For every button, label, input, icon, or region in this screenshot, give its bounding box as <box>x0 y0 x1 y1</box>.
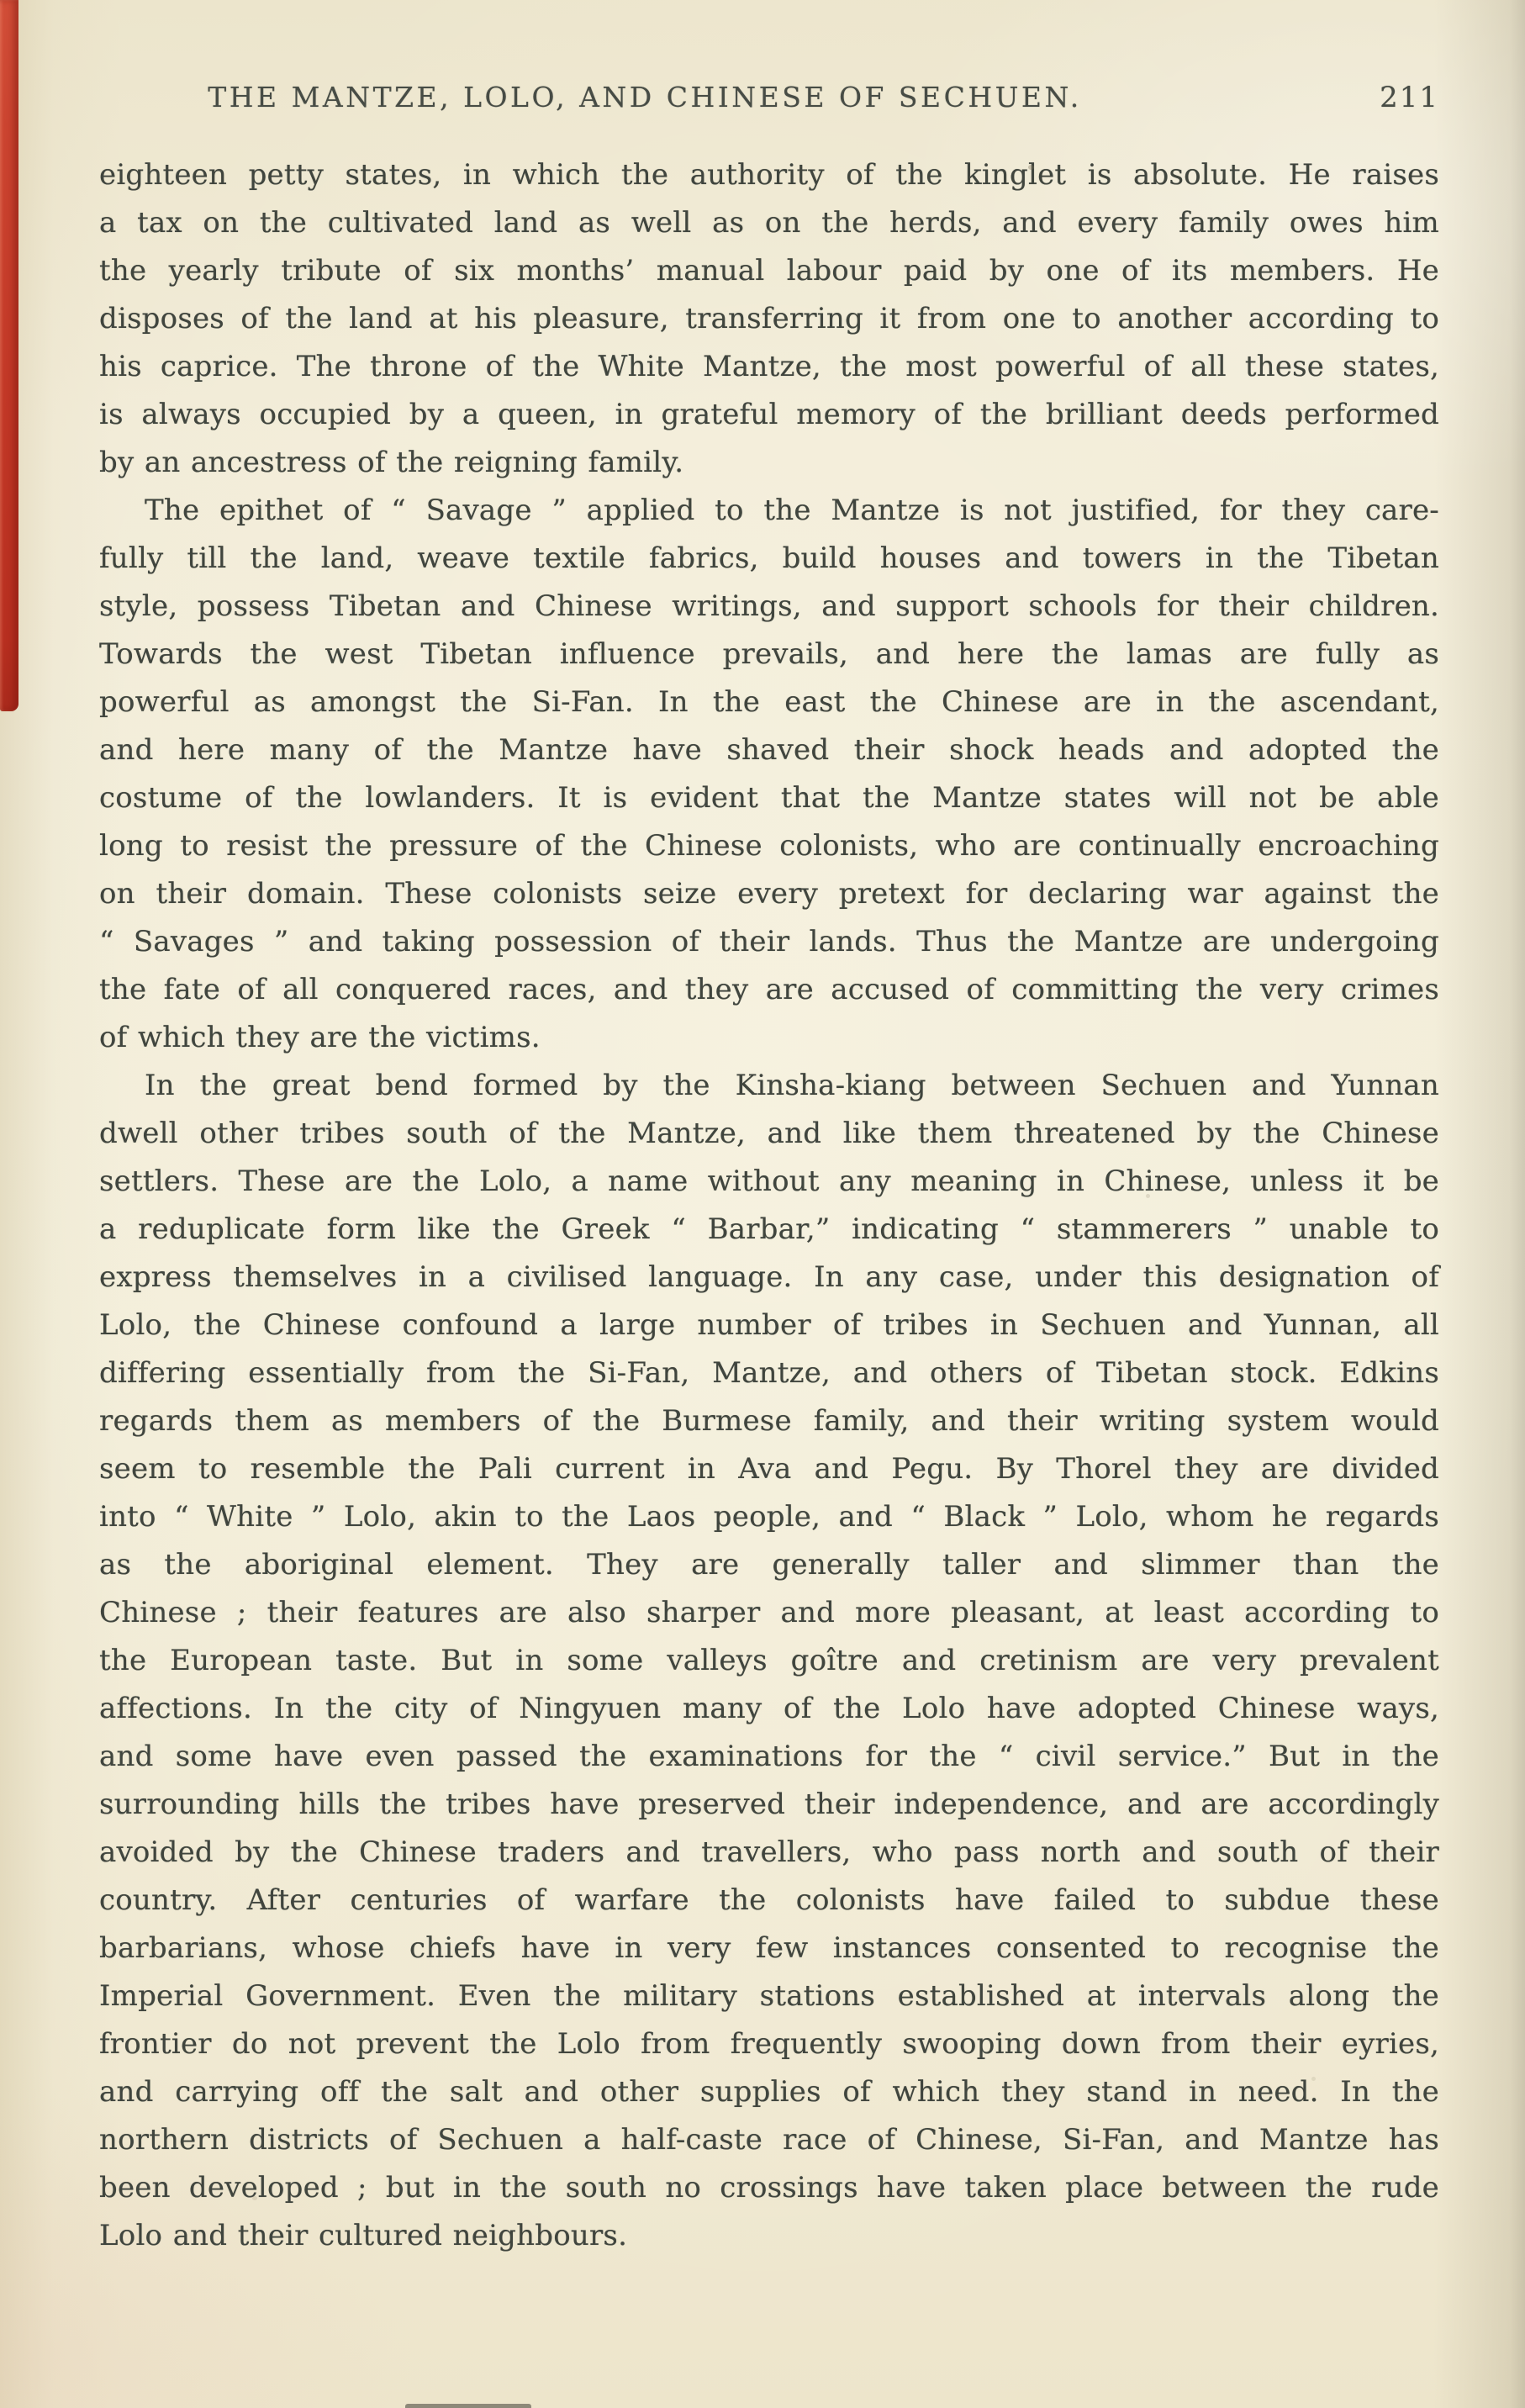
text-line: In the great bend formed by the Kinsha-k… <box>99 1062 1439 1110</box>
text-line: costume of the lowlanders. It is evident… <box>99 774 1439 822</box>
text-line: a reduplicate form like the Greek “ Barb… <box>99 1206 1439 1254</box>
text-line: express themselves in a civilised langua… <box>99 1254 1439 1302</box>
text-line: affections. In the city of Ningyuen many… <box>99 1685 1439 1733</box>
text-line: dwell other tribes south of the Mantze, … <box>99 1110 1439 1158</box>
text-line: and here many of the Mantze have shaved … <box>99 726 1439 774</box>
text-line: regards them as members of the Burmese f… <box>99 1397 1439 1445</box>
page-number: 211 <box>1380 81 1439 114</box>
paper-speck <box>1311 2077 1316 2081</box>
text-line: Lolo and their cultured neighbours. <box>99 2212 1439 2260</box>
text-line: Towards the west Tibetan influence preva… <box>99 631 1439 679</box>
text-line: Imperial Government. Even the military s… <box>99 1972 1439 2020</box>
text-line: long to resist the pressure of the Chine… <box>99 822 1439 870</box>
paragraph: eighteen petty states, in which the auth… <box>99 151 1439 487</box>
page-header: THE MANTZE, LOLO, AND CHINESE OF SECHUEN… <box>94 81 1441 119</box>
text-line: the fate of all conquered races, and the… <box>99 966 1439 1014</box>
text-line: his caprice. The throne of the White Man… <box>99 343 1439 391</box>
text-line: differing essentially from the Si-Fan, M… <box>99 1349 1439 1397</box>
book-edge-red-strip <box>0 0 18 711</box>
text-line: Chinese ; their features are also sharpe… <box>99 1589 1439 1637</box>
text-line: on their domain. These colonists seize e… <box>99 870 1439 918</box>
text-line: and some have even passed the examinatio… <box>99 1733 1439 1781</box>
text-line: settlers. These are the Lolo, a name wit… <box>99 1158 1439 1206</box>
paragraph: In the great bend formed by the Kinsha-k… <box>99 1062 1439 2260</box>
book-page-scan: THE MANTZE, LOLO, AND CHINESE OF SECHUEN… <box>0 0 1525 2408</box>
text-line: “ Savages ” and taking possession of the… <box>99 918 1439 966</box>
text-line: The epithet of “ Savage ” applied to the… <box>99 487 1439 535</box>
text-line: avoided by the Chinese traders and trave… <box>99 1829 1439 1877</box>
text-line: barbarians, whose chiefs have in very fe… <box>99 1925 1439 1972</box>
text-line: powerful as amongst the Si-Fan. In the e… <box>99 679 1439 726</box>
text-line: style, possess Tibetan and Chinese writi… <box>99 583 1439 631</box>
text-line: country. After centuries of warfare the … <box>99 1877 1439 1925</box>
text-line: as the aboriginal element. They are gene… <box>99 1541 1439 1589</box>
text-line: seem to resemble the Pali current in Ava… <box>99 1445 1439 1493</box>
scan-edge-ink-mark <box>405 2404 531 2408</box>
text-line: of which they are the victims. <box>99 1014 1439 1062</box>
body-text-block: eighteen petty states, in which the auth… <box>99 151 1439 2260</box>
text-line: into “ White ” Lolo, akin to the Laos pe… <box>99 1493 1439 1541</box>
text-line: by an ancestress of the reigning family. <box>99 439 1439 487</box>
running-header-title: THE MANTZE, LOLO, AND CHINESE OF SECHUEN… <box>94 81 1195 114</box>
text-line: been developed ; but in the south no cro… <box>99 2164 1439 2212</box>
text-line: and carrying off the salt and other supp… <box>99 2068 1439 2116</box>
text-line: fully till the land, weave textile fabri… <box>99 535 1439 583</box>
paper-speck <box>1028 165 1034 170</box>
paper-speck <box>252 2196 257 2200</box>
text-line: eighteen petty states, in which the auth… <box>99 151 1439 199</box>
text-line: a tax on the cultivated land as well as … <box>99 199 1439 247</box>
text-line: the yearly tribute of six months’ manual… <box>99 247 1439 295</box>
text-line: is always occupied by a queen, in gratef… <box>99 391 1439 439</box>
text-line: Lolo, the Chinese confound a large numbe… <box>99 1302 1439 1349</box>
paragraph: The epithet of “ Savage ” applied to the… <box>99 487 1439 1062</box>
paper-speck <box>1146 1194 1150 1198</box>
text-line: surrounding hills the tribes have preser… <box>99 1781 1439 1829</box>
text-line: the European taste. But in some valleys … <box>99 1637 1439 1685</box>
text-line: frontier do not prevent the Lolo from fr… <box>99 2020 1439 2068</box>
text-line: disposes of the land at his pleasure, tr… <box>99 295 1439 343</box>
text-line: northern districts of Sechuen a half-cas… <box>99 2116 1439 2164</box>
